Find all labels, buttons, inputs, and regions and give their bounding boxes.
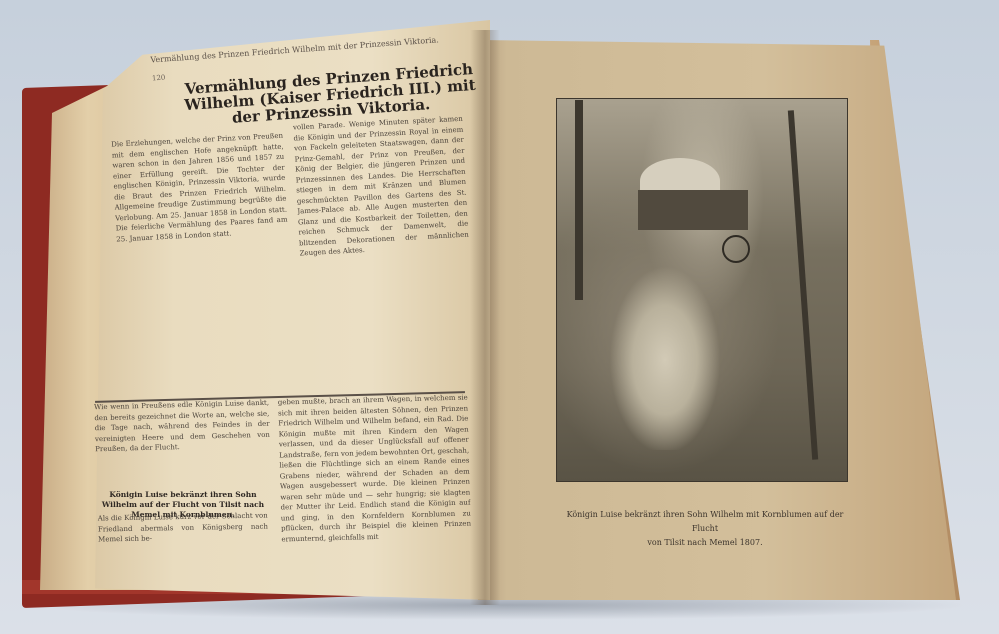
queen-figure (600, 250, 730, 450)
carriage-body (638, 190, 748, 230)
caption-line-1: Königin Luise bekränzt ihren Sohn Wilhel… (560, 508, 850, 536)
illustration-caption: Königin Luise bekränzt ihren Sohn Wilhel… (560, 508, 850, 550)
text-column-5: Als die Königin Luise kurz vor der Schla… (98, 511, 269, 554)
tree-left (575, 100, 583, 300)
text-column-2: vollen Parade. Wenige Minuten später kam… (293, 114, 478, 405)
text-column-3: Wie wenn in Preußens edle Königin Luise … (94, 398, 271, 483)
text-column-4: geben mußte, brach an ihrem Wagen, in we… (278, 393, 473, 578)
text-column-1: Die Erziehungen, welche der Prinz von Pr… (111, 131, 297, 410)
book-gutter (470, 30, 500, 605)
page-number: 120 (152, 74, 166, 83)
caption-line-2: von Tilsit nach Memel 1807. (560, 536, 850, 550)
